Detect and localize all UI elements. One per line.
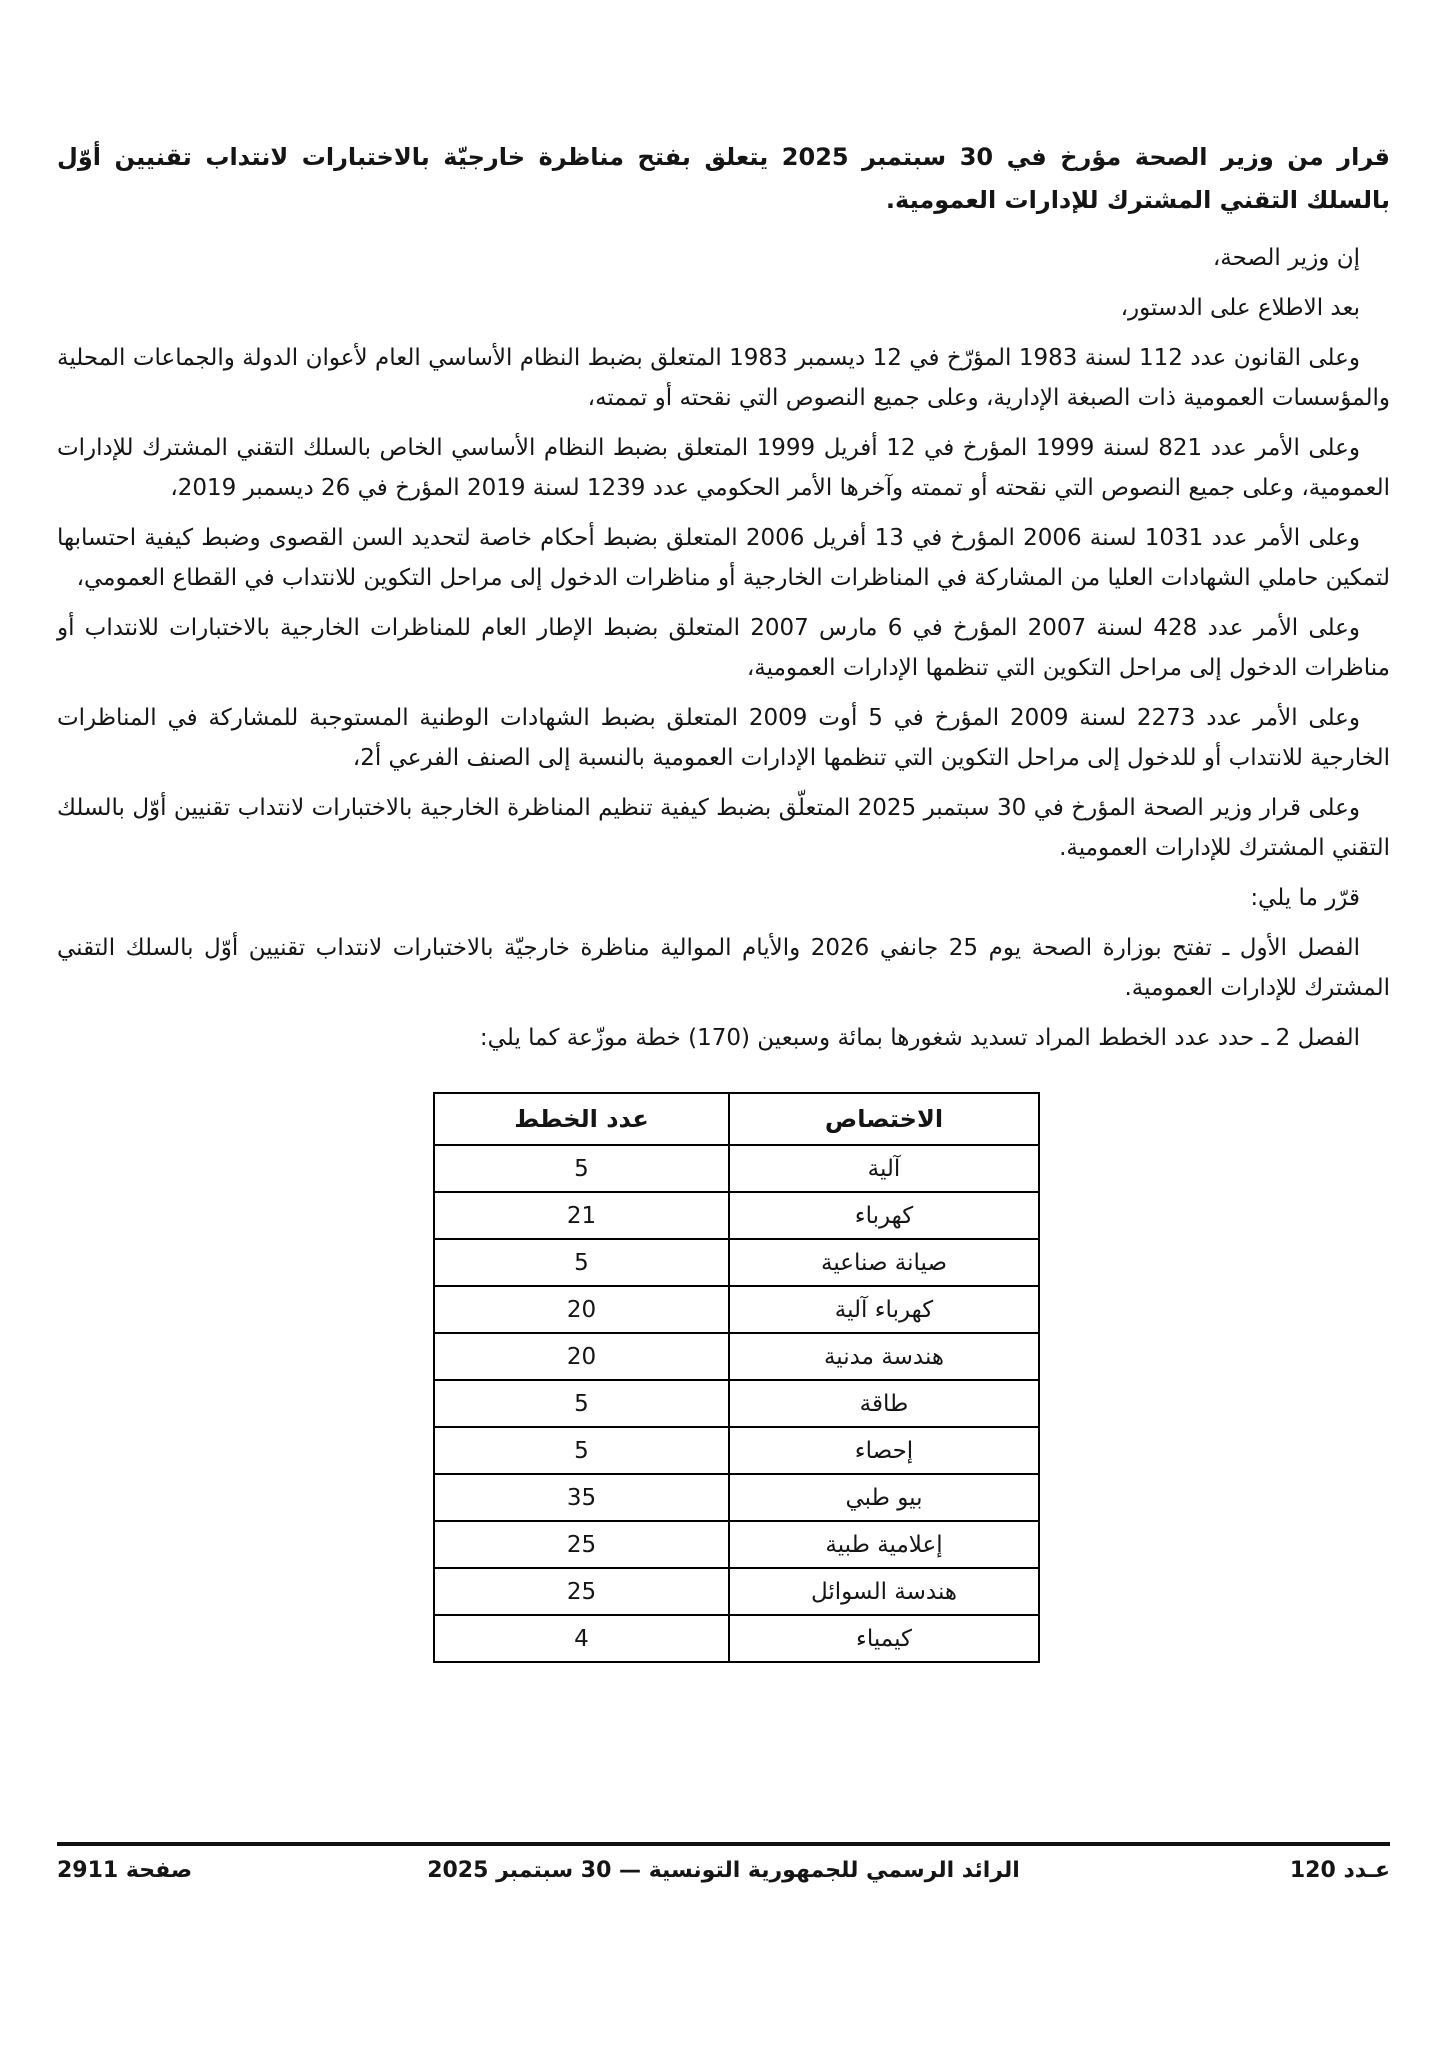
count-cell: 5 [434,1239,729,1286]
specialty-cell: كهرباء آلية [729,1286,1039,1333]
specialty-cell: بيو طبي [729,1474,1039,1521]
table-row: بيو طبي 35 [434,1474,1039,1521]
paragraph-constitution-review: بعد الاطلاع على الدستور، [57,288,1390,328]
count-cell: 5 [434,1380,729,1427]
specialty-cell: طاقة [729,1380,1039,1427]
gazette-page: قرار من وزير الصحة مؤرخ في 30 سبتمبر 202… [0,0,1447,2048]
footer-page-number: صفحة 2911 [57,1858,192,1883]
table-row: هندسة السوائل 25 [434,1568,1039,1615]
count-cell: 20 [434,1286,729,1333]
table-row: طاقة 5 [434,1380,1039,1427]
paragraph-ref-order-sep-2025: وعلى قرار وزير الصحة المؤرخ في 30 سبتمبر… [57,788,1390,868]
count-cell: 5 [434,1145,729,1192]
table-row: إحصاء 5 [434,1427,1039,1474]
header-specialty: الاختصاص [729,1093,1039,1145]
decree-title: قرار من وزير الصحة مؤرخ في 30 سبتمبر 202… [57,136,1390,222]
specialty-cell: هندسة مدنية [729,1333,1039,1380]
table-header-row: الاختصاص عدد الخطط [434,1093,1039,1145]
paragraph-ref-law-112-1983: وعلى القانون عدد 112 لسنة 1983 المؤرّخ ف… [57,338,1390,418]
paragraph-article-2: الفصل 2 ـ حدد عدد الخطط المراد تسديد شغو… [57,1018,1390,1058]
specialty-cell: آلية [729,1145,1039,1192]
specialty-cell: هندسة السوائل [729,1568,1039,1615]
count-cell: 20 [434,1333,729,1380]
table-row: آلية 5 [434,1145,1039,1192]
table-row: هندسة مدنية 20 [434,1333,1039,1380]
count-cell: 35 [434,1474,729,1521]
specialty-cell: صيانة صناعية [729,1239,1039,1286]
count-cell: 5 [434,1427,729,1474]
specialty-cell: إعلامية طبية [729,1521,1039,1568]
count-cell: 25 [434,1568,729,1615]
paragraph-ref-decree-1031-2006: وعلى الأمر عدد 1031 لسنة 2006 المؤرخ في … [57,518,1390,598]
table-row: صيانة صناعية 5 [434,1239,1039,1286]
footer-journal-title: الرائد الرسمي للجمهورية التونسية — 30 سب… [57,1858,1390,1883]
specialty-cell: كهرباء [729,1192,1039,1239]
header-count: عدد الخطط [434,1093,729,1145]
table-row: كيمياء 4 [434,1615,1039,1662]
count-cell: 4 [434,1615,729,1662]
decree-body: قرار من وزير الصحة مؤرخ في 30 سبتمبر 202… [57,136,1390,1663]
table-row: كهرباء 21 [434,1192,1039,1239]
specialty-cell: كيمياء [729,1615,1039,1662]
count-cell: 21 [434,1192,729,1239]
paragraph-decision-lead: قرّر ما يلي: [57,878,1390,918]
count-cell: 25 [434,1521,729,1568]
paragraph-article-1: الفصل الأول ـ تفتح بوزارة الصحة يوم 25 ج… [57,928,1390,1008]
paragraph-ref-decree-821-1999: وعلى الأمر عدد 821 لسنة 1999 المؤرخ في 1… [57,428,1390,508]
paragraph-minister-intro: إن وزير الصحة، [57,238,1390,278]
paragraph-ref-decree-2273-2009: وعلى الأمر عدد 2273 لسنة 2009 المؤرخ في … [57,698,1390,778]
page-footer: عـدد 120 الرائد الرسمي للجمهورية التونسي… [57,1842,1390,1906]
table-row: إعلامية طبية 25 [434,1521,1039,1568]
specialty-cell: إحصاء [729,1427,1039,1474]
positions-table: الاختصاص عدد الخطط آلية 5 كهرباء 21 صيان… [433,1092,1040,1663]
table-row: كهرباء آلية 20 [434,1286,1039,1333]
paragraph-ref-decree-428-2007: وعلى الأمر عدد 428 لسنة 2007 المؤرخ في 6… [57,608,1390,688]
